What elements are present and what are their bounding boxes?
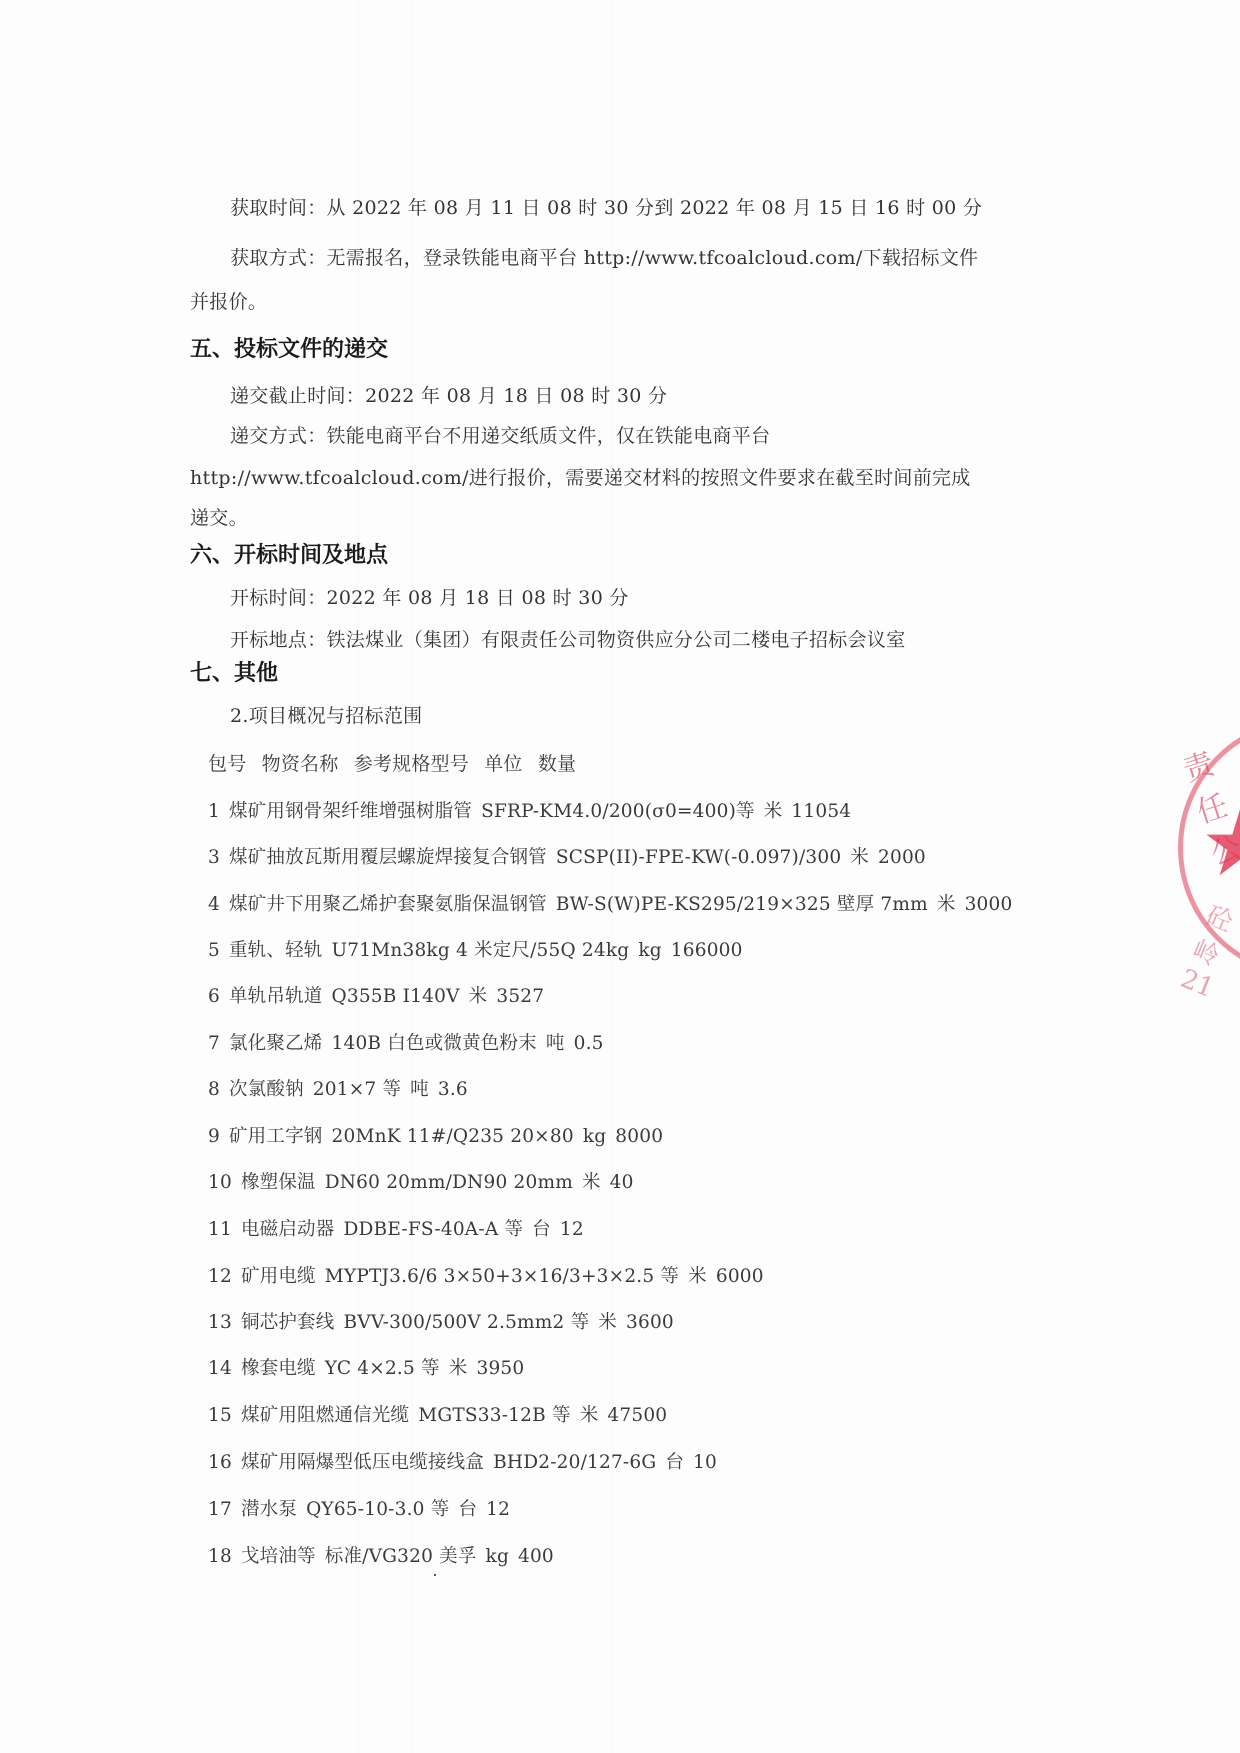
section-heading-other: 七、其他 [190, 660, 278, 688]
row-qty: 12 [560, 1219, 584, 1240]
row-unit: 米 [582, 1172, 601, 1193]
row-spec: 201×7 等 [313, 1079, 401, 1100]
row-name: 橡塑保温 [241, 1172, 316, 1193]
row-spec: BHD2-20/127-6G [493, 1452, 656, 1473]
table-row: 12矿用电缆MYPTJ3.6/6 3×50+3×16/3+3×2.5 等米600… [208, 1265, 764, 1289]
row-no: 14 [208, 1358, 232, 1379]
row-qty: 47500 [607, 1405, 667, 1426]
row-no: 11 [208, 1219, 232, 1240]
row-qty: 2000 [878, 847, 926, 868]
row-no: 13 [208, 1312, 232, 1333]
row-unit: 台 [532, 1219, 551, 1240]
row-qty: 11054 [791, 801, 851, 822]
row-spec: 20MnK 11#/Q235 20×80 [332, 1126, 574, 1147]
row-no: 18 [208, 1546, 232, 1567]
table-header: 包号 物资名称 参考规格型号 单位 数量 [208, 752, 576, 776]
table-row: 11电磁启动器DDBE-FS-40A-A 等台12 [208, 1218, 584, 1242]
row-qty: 10 [693, 1452, 717, 1473]
table-row: 5重轨、轻轨U71Mn38kg 4 米定尺/55Q 24kgkg166000 [208, 939, 743, 963]
row-unit: 米 [764, 801, 783, 822]
row-spec: QY65-10-3.0 等 [306, 1499, 449, 1520]
document-page: 获取时间：从 2022 年 08 月 11 日 08 时 30 分到 2022 … [0, 0, 1240, 1753]
row-name: 煤矿用钢骨架纤维增强树脂管 [229, 801, 472, 822]
row-spec: DN60 20mm/DN90 20mm [325, 1172, 573, 1193]
row-spec: MGTS33-12B 等 [418, 1405, 570, 1426]
table-row: 10橡塑保温DN60 20mm/DN90 20mm米40 [208, 1171, 634, 1195]
obtain-method-line2: 并报价。 [190, 290, 267, 314]
row-unit: 吨 [546, 1033, 565, 1054]
row-name: 重轨、轻轨 [229, 940, 323, 961]
section-heading-submission: 五、投标文件的递交 [190, 336, 388, 364]
table-row: 6单轨吊轨道Q355B I140V米3527 [208, 985, 544, 1009]
row-name: 橡套电缆 [241, 1358, 316, 1379]
row-qty: 400 [518, 1546, 554, 1567]
row-name: 电磁启动器 [241, 1219, 335, 1240]
row-unit: 米 [688, 1266, 707, 1287]
seal-code: 砼岭 21 [1176, 895, 1240, 1009]
row-qty: 3.6 [438, 1079, 468, 1100]
row-name: 潜水泵 [241, 1499, 297, 1520]
row-qty: 6000 [716, 1266, 764, 1287]
row-unit: 米 [469, 986, 488, 1007]
submission-method-line3: 递交。 [190, 506, 248, 530]
row-unit: 米 [598, 1312, 617, 1333]
row-no: 1 [208, 801, 220, 822]
row-unit: 米 [937, 894, 956, 915]
row-name: 矿用工字钢 [229, 1126, 323, 1147]
row-spec: MYPTJ3.6/6 3×50+3×16/3+3×2.5 等 [325, 1266, 679, 1287]
row-unit: 米 [580, 1405, 599, 1426]
row-no: 15 [208, 1405, 232, 1426]
row-qty: 12 [486, 1499, 510, 1520]
row-no: 5 [208, 940, 220, 961]
row-name: 煤矿用隔爆型低压电缆接线盒 [241, 1452, 484, 1473]
table-row: 17潜水泵QY65-10-3.0 等台12 [208, 1498, 510, 1522]
header-unit: 单位 [484, 753, 522, 775]
star-icon [1205, 808, 1240, 878]
table-row: 13铜芯护套线BVV-300/500V 2.5mm2 等米3600 [208, 1311, 674, 1335]
row-unit: kg [486, 1546, 509, 1567]
header-package-no: 包号 [208, 753, 246, 775]
row-qty: 3950 [476, 1358, 524, 1379]
table-row: 18戈培油等标准/VG320 美孚kg400 [208, 1545, 554, 1569]
row-name: 氯化聚乙烯 [229, 1033, 323, 1054]
header-quantity: 数量 [538, 753, 576, 775]
row-unit: 吨 [410, 1079, 429, 1100]
row-unit: kg [638, 940, 661, 961]
table-row: 1煤矿用钢骨架纤维增强树脂管SFRP-KM4.0/200(σ0=400)等米11… [208, 800, 851, 824]
row-name: 煤矿井下用聚乙烯护套聚氨脂保温钢管 [229, 894, 547, 915]
row-unit: 台 [665, 1452, 684, 1473]
row-spec: SFRP-KM4.0/200(σ0=400)等 [481, 801, 755, 822]
row-qty: 3000 [965, 894, 1013, 915]
opening-location: 开标地点：铁法煤业（集团）有限责任公司物资供应分公司二楼电子招标会议室 [230, 628, 906, 652]
row-no: 6 [208, 986, 220, 1007]
row-unit: 米 [850, 847, 869, 868]
submission-method-line2: http://www.tfcoalcloud.com/进行报价，需要递交材料的按… [190, 466, 971, 490]
scan-speck [434, 1574, 436, 1576]
row-no: 4 [208, 894, 220, 915]
obtain-method-line1: 获取方式：无需报名，登录铁能电商平台 http://www.tfcoalclou… [230, 246, 978, 270]
row-no: 7 [208, 1033, 220, 1054]
section-heading-opening: 六、开标时间及地点 [190, 542, 388, 570]
row-name: 矿用电缆 [241, 1266, 316, 1287]
project-overview-subheading: 2.项目概况与招标范围 [230, 704, 422, 728]
table-row: 9矿用工字钢20MnK 11#/Q235 20×80kg8000 [208, 1125, 663, 1149]
row-no: 17 [208, 1499, 232, 1520]
row-no: 16 [208, 1452, 232, 1473]
row-unit: 台 [458, 1499, 477, 1520]
row-qty: 40 [610, 1172, 634, 1193]
row-unit: kg [583, 1126, 606, 1147]
row-spec: BVV-300/500V 2.5mm2 等 [343, 1312, 589, 1333]
opening-time: 开标时间：2022 年 08 月 18 日 08 时 30 分 [230, 586, 629, 610]
row-qty: 166000 [671, 940, 743, 961]
table-row: 7氯化聚乙烯140B 白色或微黄色粉末吨0.5 [208, 1032, 604, 1056]
row-no: 10 [208, 1172, 232, 1193]
row-name: 铜芯护套线 [241, 1312, 335, 1333]
row-spec: Q355B I140V [332, 986, 460, 1007]
table-row: 3煤矿抽放瓦斯用覆层螺旋焊接复合钢管SCSP(II)-FPE-KW(-0.097… [208, 846, 926, 870]
row-no: 12 [208, 1266, 232, 1287]
table-row: 16煤矿用隔爆型低压电缆接线盒BHD2-20/127-6G台10 [208, 1451, 717, 1475]
row-qty: 3527 [496, 986, 544, 1007]
row-spec: 标准/VG320 美孚 [325, 1546, 477, 1567]
row-unit: 米 [449, 1358, 468, 1379]
row-no: 8 [208, 1079, 220, 1100]
submission-deadline: 递交截止时间：2022 年 08 月 18 日 08 时 30 分 [230, 384, 667, 408]
row-spec: YC 4×2.5 等 [325, 1358, 440, 1379]
row-name: 戈培油等 [241, 1546, 316, 1567]
row-spec: BW-S(W)PE-KS295/219×325 壁厚 7mm [556, 894, 928, 915]
row-spec: SCSP(II)-FPE-KW(-0.097)/300 [556, 847, 841, 868]
table-row: 4煤矿井下用聚乙烯护套聚氨脂保温钢管BW-S(W)PE-KS295/219×32… [208, 893, 1012, 917]
row-name: 煤矿抽放瓦斯用覆层螺旋焊接复合钢管 [229, 847, 547, 868]
row-spec: 140B 白色或微黄色粉末 [332, 1033, 537, 1054]
table-row: 8次氯酸钠201×7 等吨3.6 [208, 1078, 468, 1102]
submission-method-line1: 递交方式：铁能电商平台不用递交纸质文件，仅在铁能电商平台 [230, 424, 770, 448]
header-material-name: 物资名称 [262, 753, 339, 775]
row-qty: 0.5 [574, 1033, 604, 1054]
row-name: 煤矿用阻燃通信光缆 [241, 1405, 409, 1426]
row-name: 次氯酸钠 [229, 1079, 304, 1100]
row-no: 9 [208, 1126, 220, 1147]
header-spec: 参考规格型号 [354, 753, 469, 775]
row-qty: 8000 [615, 1126, 663, 1147]
row-spec: DDBE-FS-40A-A 等 [343, 1219, 523, 1240]
table-row: 15煤矿用阻燃通信光缆MGTS33-12B 等米47500 [208, 1404, 667, 1428]
table-row: 14橡套电缆YC 4×2.5 等米3950 [208, 1357, 524, 1381]
row-qty: 3600 [626, 1312, 674, 1333]
row-no: 3 [208, 847, 220, 868]
row-name: 单轨吊轨道 [229, 986, 323, 1007]
obtain-time: 获取时间：从 2022 年 08 月 11 日 08 时 30 分到 2022 … [230, 196, 982, 220]
row-spec: U71Mn38kg 4 米定尺/55Q 24kg [332, 940, 630, 961]
